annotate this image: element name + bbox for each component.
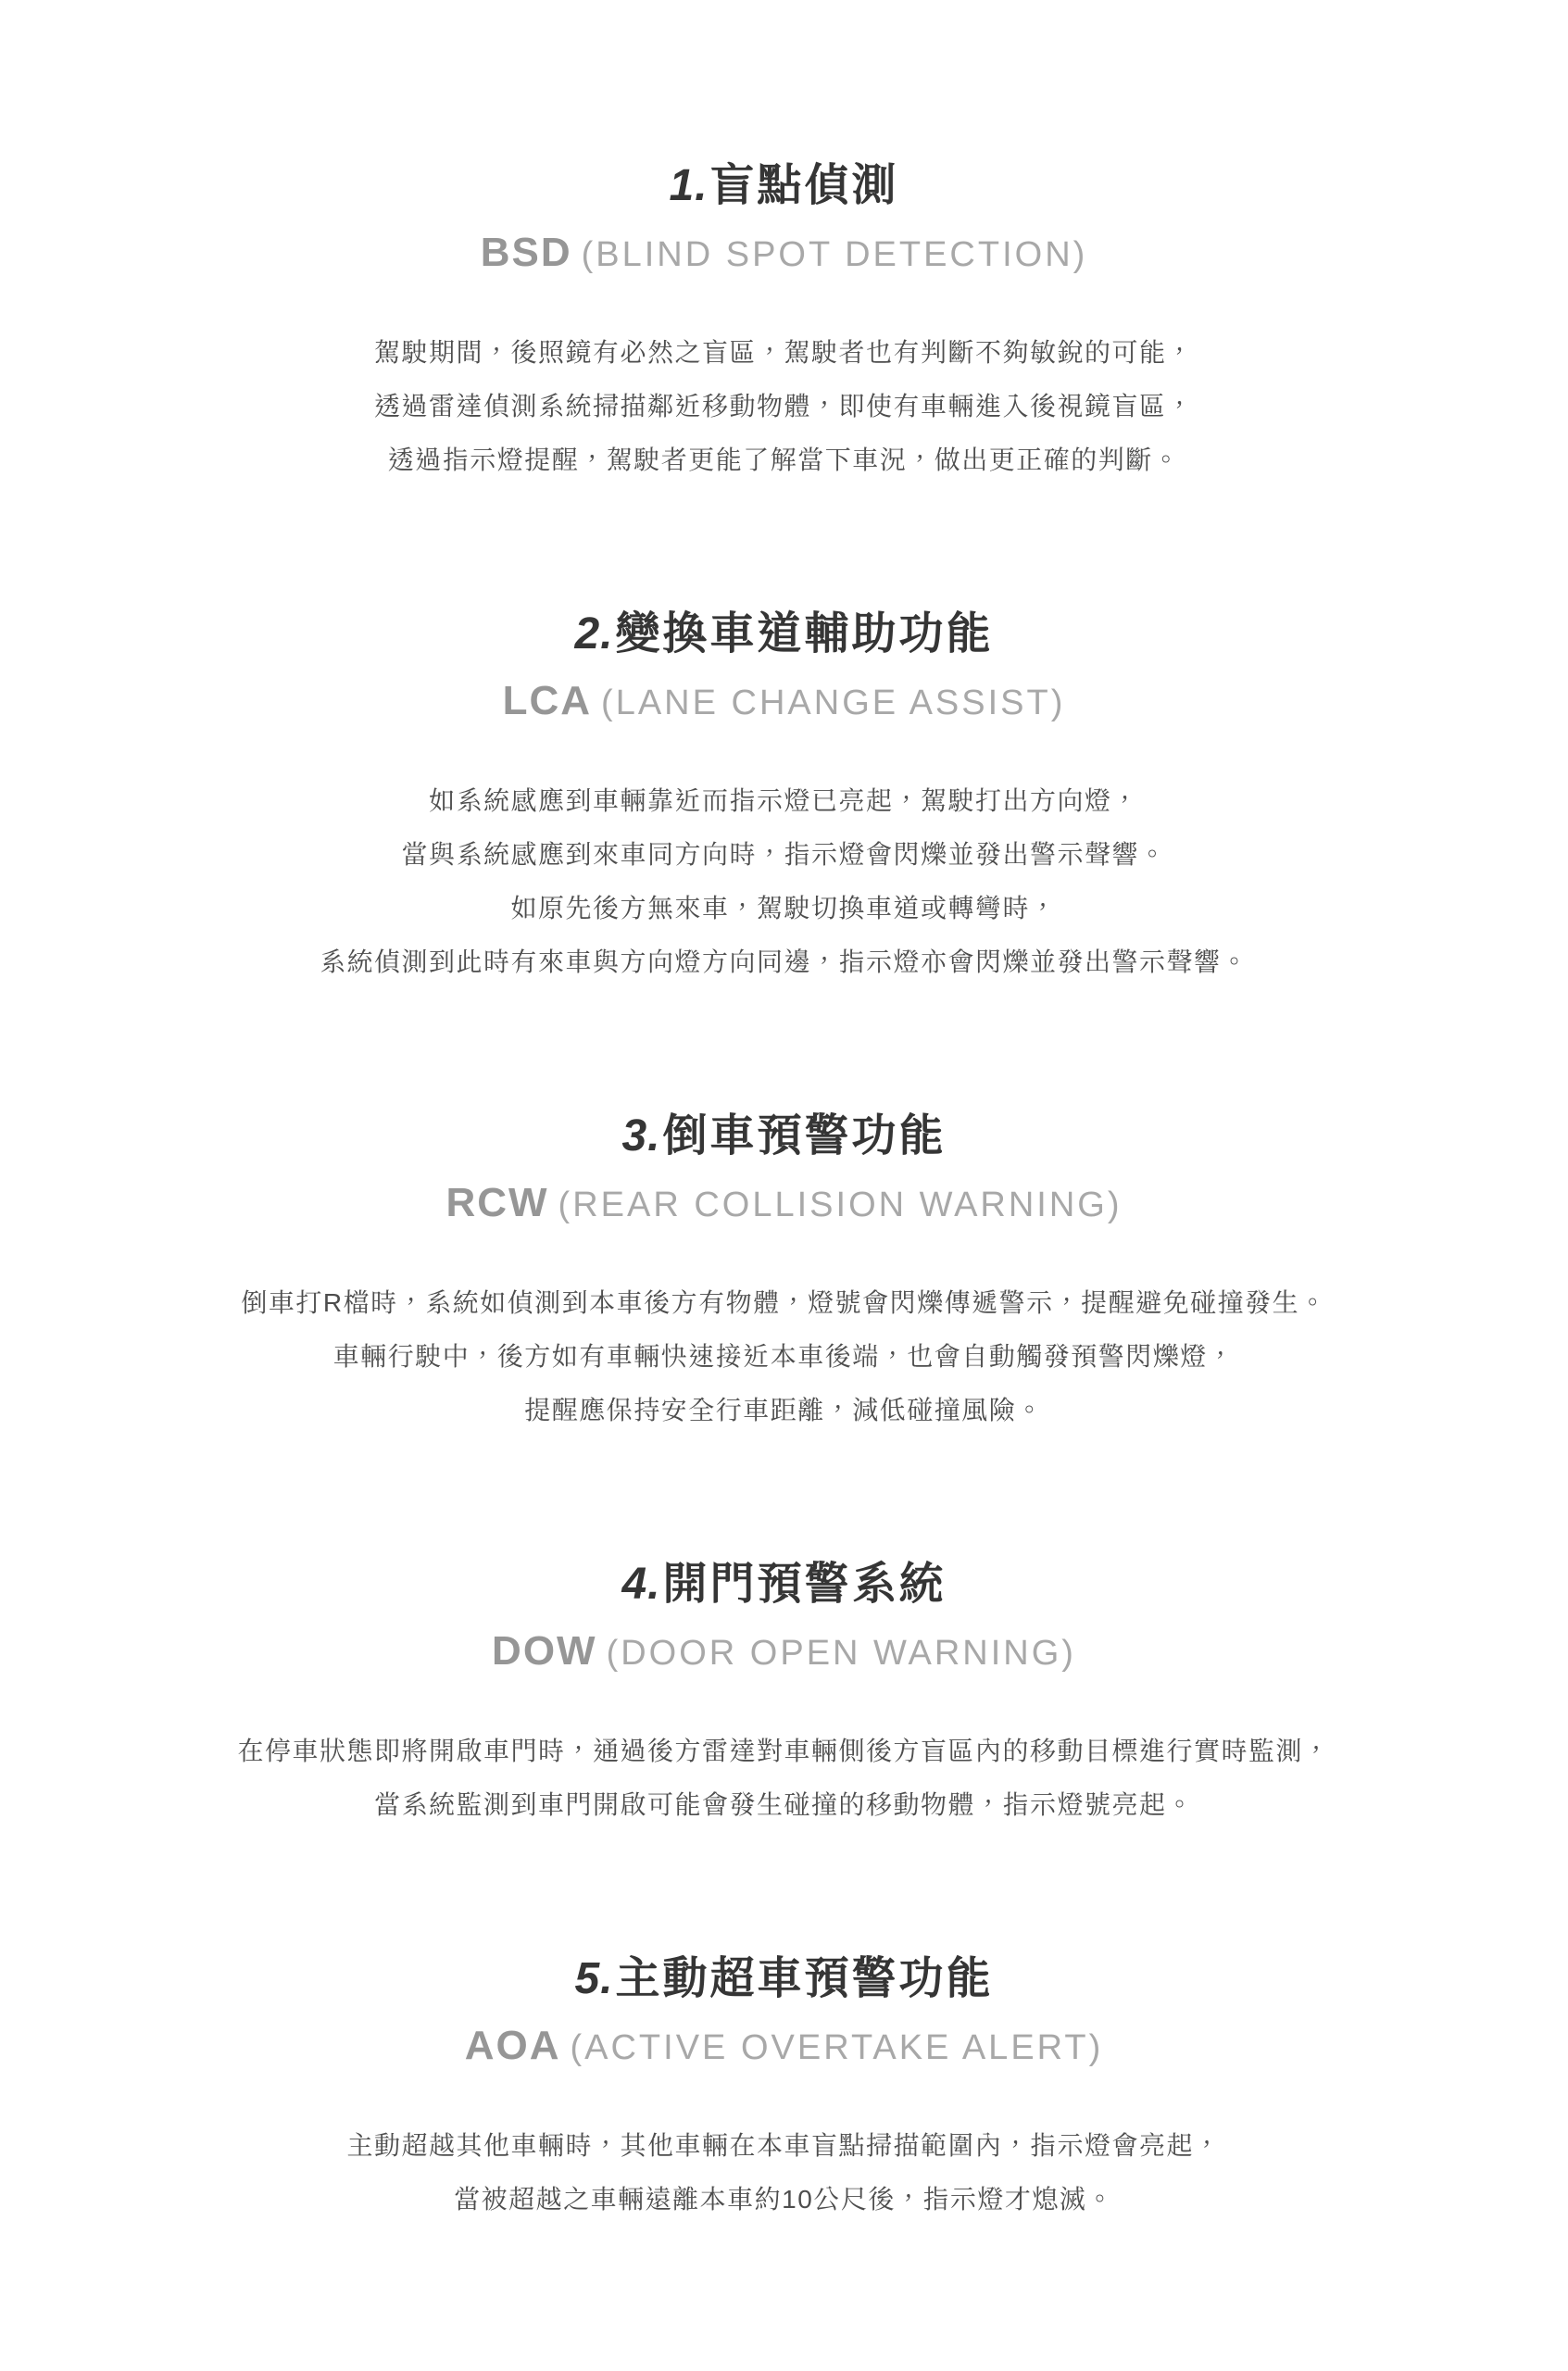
section-number: 5. [574, 1954, 613, 2003]
section-title: 4.開門預警系統 [136, 1558, 1433, 1612]
section-title-text: 盲點偵測 [710, 161, 899, 210]
paragraph-line: 車輛行駛中，後方如有車輛快速接近本車後端，也會自動觸發預警閃爍燈， [136, 1330, 1433, 1384]
document-page: 1.盲點偵測 BSD(BLIND SPOT DETECTION) 駕駛期間，後照… [0, 0, 1568, 2371]
section-acronym: AOA [465, 2023, 561, 2068]
section-subtitle: BSD(BLIND SPOT DETECTION) [136, 230, 1433, 285]
paragraph-line: 主動超越其他車輛時，其他車輛在本車盲點掃描範圍內，指示燈會亮起， [136, 2119, 1433, 2173]
paragraph-line: 如原先後方無來車，駕駛切換車道或轉彎時， [136, 882, 1433, 935]
paragraph-line: 透過雷達偵測系統掃描鄰近移動物體，即使有車輛進入後視鏡盲區， [136, 380, 1433, 433]
section-subtitle: LCA(LANE CHANGE ASSIST) [136, 678, 1433, 734]
section-title-text: 變換車道輔助功能 [616, 609, 994, 659]
paragraph-line: 透過指示燈提醒，駕駛者更能了解當下車況，做出更正確的判斷。 [136, 433, 1433, 487]
section-acronym-full: (DOOR OPEN WARNING) [607, 1634, 1076, 1673]
paragraph-line: 如系統感應到車輛靠近而指示燈已亮起，駕駛打出方向燈， [136, 774, 1433, 828]
section-acronym: RCW [445, 1180, 548, 1225]
section-body: 駕駛期間，後照鏡有必然之盲區，駕駛者也有判斷不夠敏銳的可能， 透過雷達偵測系統掃… [136, 326, 1433, 487]
paragraph-line: 當被超越之車輛遠離本車約10公尺後，指示燈才熄滅。 [136, 2173, 1433, 2227]
section-subtitle: DOW(DOOR OPEN WARNING) [136, 1628, 1433, 1684]
section-lca: 2.變換車道輔助功能 LCA(LANE CHANGE ASSIST) 如系統感應… [136, 608, 1433, 989]
section-acronym: BSD [481, 230, 572, 275]
section-number: 3. [621, 1111, 660, 1160]
section-body: 在停車狀態即將開啟車門時，通過後方雷達對車輛側後方盲區內的移動目標進行實時監測，… [136, 1725, 1433, 1832]
section-subtitle: AOA(ACTIVE OVERTAKE ALERT) [136, 2023, 1433, 2078]
section-acronym-full: (ACTIVE OVERTAKE ALERT) [570, 2028, 1103, 2067]
section-title-text: 開門預警系統 [663, 1560, 947, 1609]
section-number: 4. [621, 1560, 660, 1609]
section-subtitle: RCW(REAR COLLISION WARNING) [136, 1180, 1433, 1236]
section-number: 1. [669, 161, 708, 210]
section-body: 如系統感應到車輛靠近而指示燈已亮起，駕駛打出方向燈， 當與系統感應到來車同方向時… [136, 774, 1433, 989]
section-number: 2. [574, 609, 613, 659]
section-acronym-full: (LANE CHANGE ASSIST) [601, 684, 1065, 722]
paragraph-line: 倒車打R檔時，系統如偵測到本車後方有物體，燈號會閃爍傳遞警示，提醒避免碰撞發生。 [136, 1276, 1433, 1330]
paragraph-line: 在停車狀態即將開啟車門時，通過後方雷達對車輛側後方盲區內的移動目標進行實時監測， [136, 1725, 1433, 1778]
section-title-text: 主動超車預警功能 [616, 1954, 994, 2003]
section-title: 3.倒車預警功能 [136, 1110, 1433, 1163]
section-title: 2.變換車道輔助功能 [136, 608, 1433, 661]
paragraph-line: 提醒應保持安全行車距離，減低碰撞風險。 [136, 1384, 1433, 1437]
section-acronym: LCA [503, 678, 592, 723]
paragraph-line: 駕駛期間，後照鏡有必然之盲區，駕駛者也有判斷不夠敏銳的可能， [136, 326, 1433, 380]
section-title: 1.盲點偵測 [136, 159, 1433, 213]
section-title-text: 倒車預警功能 [663, 1111, 947, 1160]
section-rcw: 3.倒車預警功能 RCW(REAR COLLISION WARNING) 倒車打… [136, 1110, 1433, 1437]
paragraph-line: 當與系統感應到來車同方向時，指示燈會閃爍並發出警示聲響。 [136, 828, 1433, 882]
section-title: 5.主動超車預警功能 [136, 1952, 1433, 2006]
paragraph-line: 系統偵測到此時有來車與方向燈方向同邊，指示燈亦會閃爍並發出警示聲響。 [136, 935, 1433, 989]
section-body: 倒車打R檔時，系統如偵測到本車後方有物體，燈號會閃爍傳遞警示，提醒避免碰撞發生。… [136, 1276, 1433, 1437]
section-body: 主動超越其他車輛時，其他車輛在本車盲點掃描範圍內，指示燈會亮起， 當被超越之車輛… [136, 2119, 1433, 2227]
section-acronym: DOW [492, 1628, 597, 1674]
section-aoa: 5.主動超車預警功能 AOA(ACTIVE OVERTAKE ALERT) 主動… [136, 1952, 1433, 2227]
section-bsd: 1.盲點偵測 BSD(BLIND SPOT DETECTION) 駕駛期間，後照… [136, 159, 1433, 487]
section-dow: 4.開門預警系統 DOW(DOOR OPEN WARNING) 在停車狀態即將開… [136, 1558, 1433, 1832]
section-acronym-full: (REAR COLLISION WARNING) [558, 1185, 1123, 1224]
paragraph-line: 當系統監測到車門開啟可能會發生碰撞的移動物體，指示燈號亮起。 [136, 1778, 1433, 1832]
section-acronym-full: (BLIND SPOT DETECTION) [582, 235, 1088, 274]
